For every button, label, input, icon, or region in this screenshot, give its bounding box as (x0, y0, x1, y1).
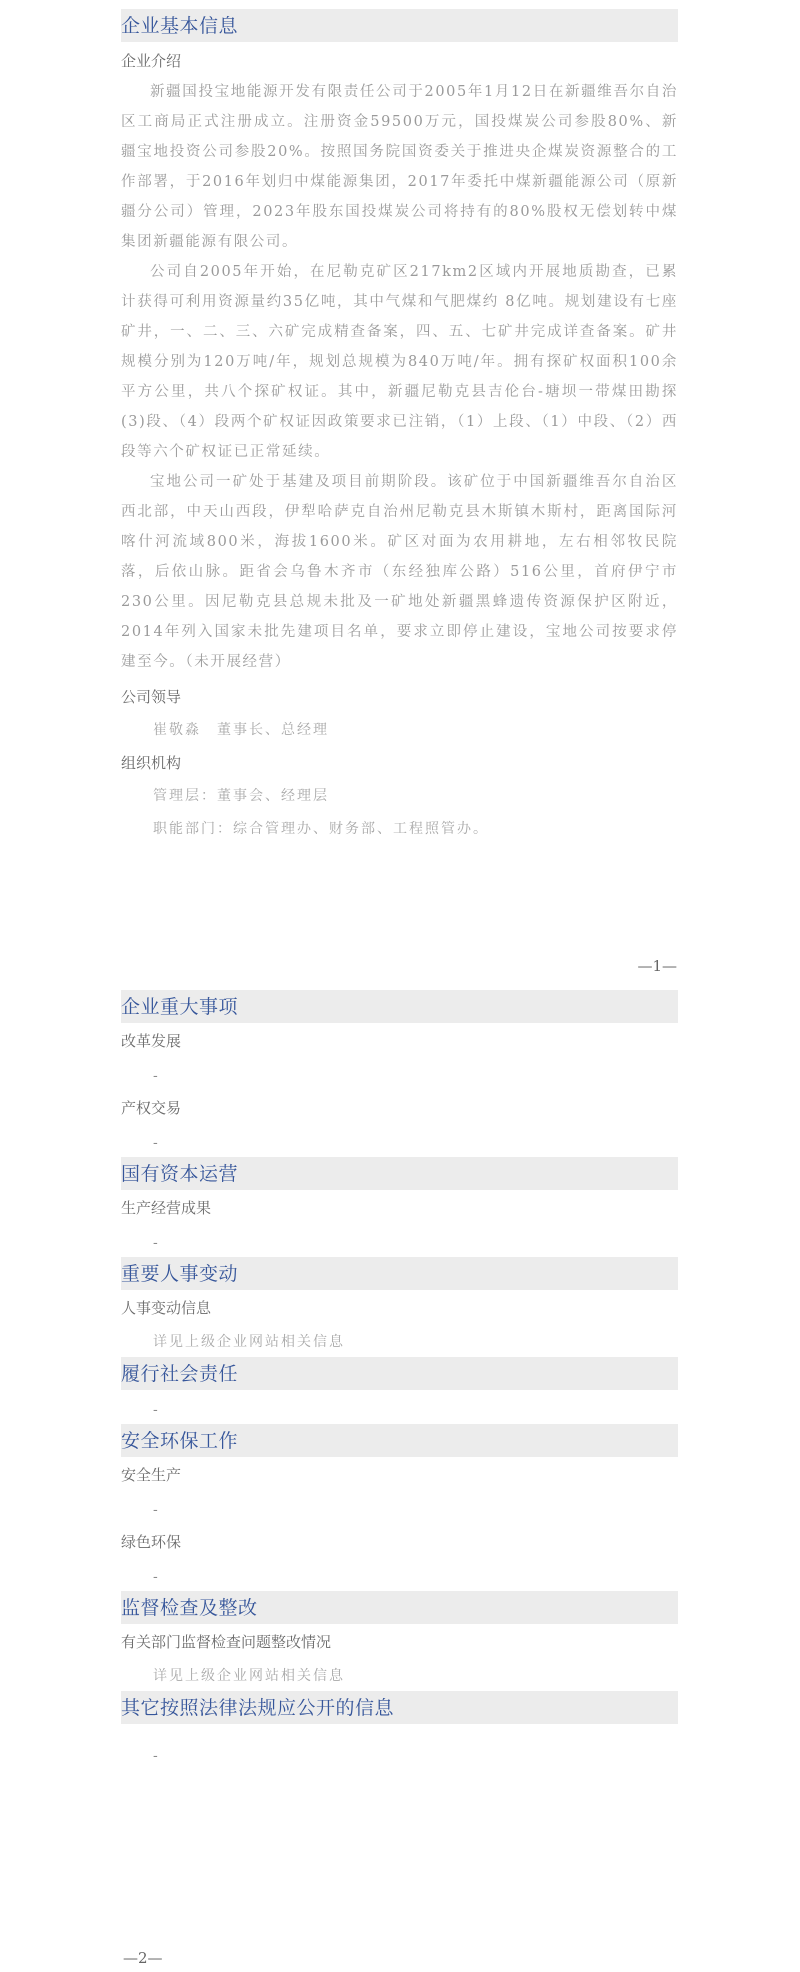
subheading-operations: 生产经营成果 (121, 1198, 211, 1218)
section-title: 企业基本信息 (121, 14, 238, 38)
section-bar-safety-environment: 安全环保工作 (121, 1424, 678, 1457)
section-title: 企业重大事项 (121, 995, 238, 1019)
value-safety: - (153, 1500, 158, 1520)
section-bar-other-disclosure: 其它按照法律法规应公开的信息 (121, 1691, 678, 1724)
section-bar-supervision: 监督检查及整改 (121, 1591, 678, 1624)
org-entry-departments: 职能部门：综合管理办、财务部、工程照管办。 (153, 819, 489, 839)
subheading-organization: 组织机构 (121, 753, 181, 773)
subheading-reform: 改革发展 (121, 1031, 181, 1051)
subheading-personnel-info: 人事变动信息 (121, 1298, 211, 1318)
section-bar-personnel: 重要人事变动 (121, 1257, 678, 1290)
org-entry-management: 管理层：董事会、经理层 (153, 786, 329, 806)
intro-paragraph-2: 公司自2005年开始，在尼勒克矿区217km2区域内开展地质勘查，已累计获得可利… (121, 257, 678, 467)
value-property-trade: - (153, 1133, 158, 1153)
section-title: 监督检查及整改 (121, 1596, 258, 1620)
section-bar-basic-info: 企业基本信息 (121, 9, 678, 42)
subheading-green: 绿色环保 (121, 1532, 181, 1552)
value-personnel-info: 详见上级企业网站相关信息 (153, 1332, 345, 1352)
leader-entry: 崔敬淼 董事长、总经理 (153, 720, 329, 740)
subheading-leadership: 公司领导 (121, 687, 181, 707)
page-number-2: —2— (123, 1948, 163, 1968)
section-bar-state-capital: 国有资本运营 (121, 1157, 678, 1190)
section-title: 其它按照法律法规应公开的信息 (121, 1696, 394, 1720)
document-page: 企业基本信息 企业介绍 新疆国投宝地能源开发有限责任公司于2005年1月12日在… (0, 0, 800, 1972)
subheading-safety: 安全生产 (121, 1465, 181, 1485)
value-reform: - (153, 1066, 158, 1086)
section-bar-social-responsibility: 履行社会责任 (121, 1357, 678, 1390)
value-operations: - (153, 1233, 158, 1253)
section-title: 国有资本运营 (121, 1162, 238, 1186)
value-green: - (153, 1567, 158, 1587)
subheading-intro: 企业介绍 (121, 51, 181, 71)
section-bar-major-matters: 企业重大事项 (121, 990, 678, 1023)
intro-paragraph-3: 宝地公司一矿处于基建及项目前期阶段。该矿位于中国新疆维吾尔自治区西北部，中天山西… (121, 467, 678, 677)
section-title: 重要人事变动 (121, 1262, 238, 1286)
section-title: 履行社会责任 (121, 1362, 238, 1386)
section-title: 安全环保工作 (121, 1429, 238, 1453)
subheading-rectification: 有关部门监督检查问题整改情况 (121, 1632, 331, 1652)
subheading-property-trade: 产权交易 (121, 1098, 181, 1118)
value-other-disclosure: - (153, 1746, 158, 1766)
value-rectification: 详见上级企业网站相关信息 (153, 1666, 345, 1686)
page-number-1: —1— (637, 956, 677, 976)
value-social-responsibility: - (153, 1400, 158, 1420)
intro-paragraph-1: 新疆国投宝地能源开发有限责任公司于2005年1月12日在新疆维吾尔自治区工商局正… (121, 77, 678, 257)
